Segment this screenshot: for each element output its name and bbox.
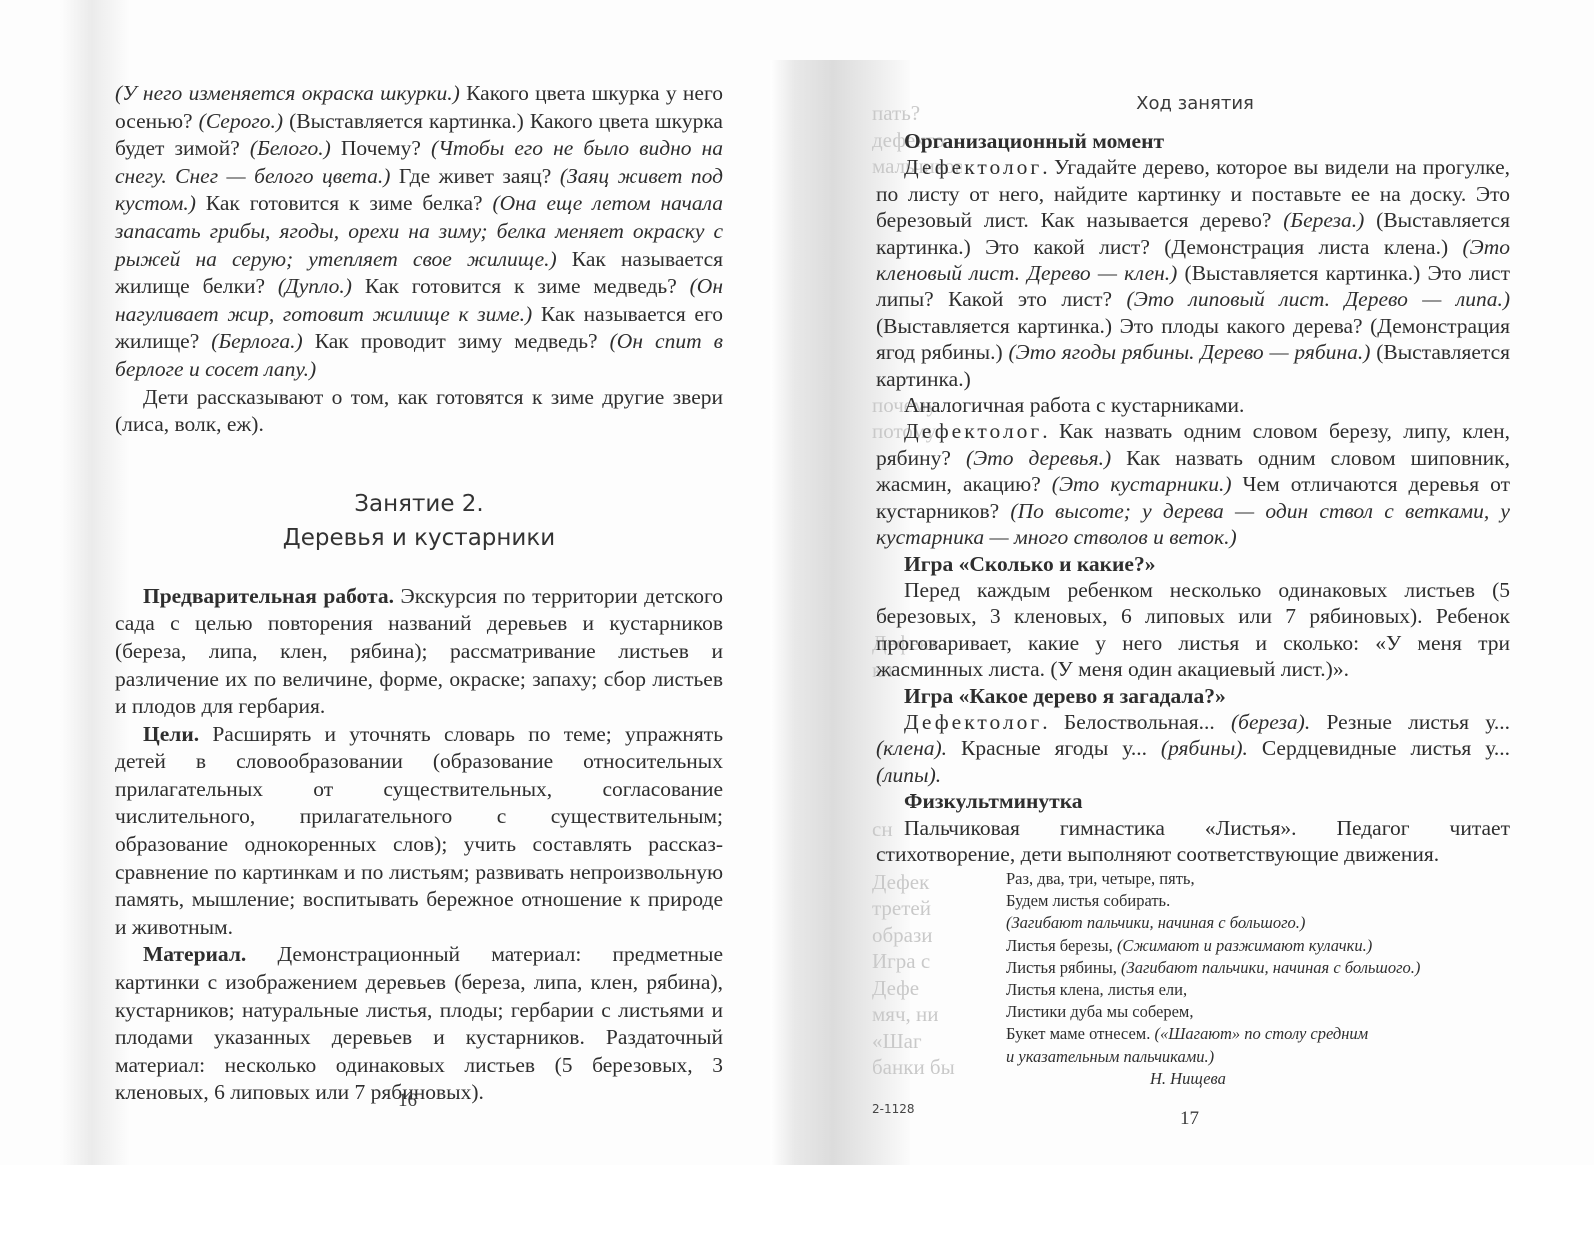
section-label: Цели. bbox=[143, 722, 199, 746]
body-text: Как проводит зиму медведь? bbox=[303, 329, 610, 353]
body-text: Раз, два, три, четыре, пять, bbox=[1006, 869, 1195, 888]
speaker-label: Дефектолог bbox=[904, 710, 1042, 734]
poem-line: и указательным пальчиками.) bbox=[1006, 1046, 1420, 1068]
body-text: Дети рассказывают о том, как готовятся к… bbox=[115, 385, 723, 437]
answer-italic-text: (Загибают пальчики, начиная с большого.) bbox=[1006, 913, 1305, 932]
poem-line: Раз, два, три, четыре, пять, bbox=[1006, 868, 1420, 890]
answer-italic-text: (Дупло.) bbox=[278, 274, 352, 298]
answer-italic-text: (липы). bbox=[876, 763, 941, 787]
page-number-right: 17 bbox=[1180, 1108, 1199, 1130]
body-text: Красные ягоды у... bbox=[947, 736, 1161, 760]
section-label: Материал. bbox=[143, 942, 246, 966]
body-text: Листья березы, bbox=[1006, 936, 1117, 955]
page-number-left: 16 bbox=[398, 1090, 417, 1112]
lesson-heading: Занятие 2. Деревья и кустарники bbox=[115, 487, 723, 555]
answer-italic-text: («Шагают» по столу средним bbox=[1154, 1024, 1368, 1043]
body-text: Будем листья собирать. bbox=[1006, 891, 1170, 910]
answer-italic-text: (рябины). bbox=[1161, 736, 1248, 760]
poem-author: Н. Нищева bbox=[1150, 1068, 1226, 1090]
answer-italic-text: (Это ягоды рябины. Дерево — рябина.) bbox=[1008, 340, 1370, 364]
poem-line: Листья рябины, (Загибают пальчики, начин… bbox=[1006, 957, 1420, 979]
answer-italic-text: (Загибают пальчики, начиная с большого.) bbox=[1121, 958, 1420, 977]
poem-line: (Загибают пальчики, начиная с большого.) bbox=[1006, 912, 1420, 934]
book-spread-scan: пать?дефектомальчиковпочемупотомуДефектк… bbox=[0, 0, 1594, 1165]
poem-line: Будем листья собирать. bbox=[1006, 890, 1420, 912]
answer-italic-text: (Берлога.) bbox=[211, 329, 302, 353]
section-text: Расширять и уточнять словарь по теме; уп… bbox=[115, 722, 723, 939]
lesson-title: Деревья и кустарники bbox=[115, 521, 723, 555]
body-text: Резные листья у... bbox=[1310, 710, 1510, 734]
body-text: Как готовится к зиме белка? bbox=[196, 191, 493, 215]
section-text: Демонстрационный материал: предметные ка… bbox=[115, 942, 723, 1104]
answer-italic-text: (клена). bbox=[876, 736, 947, 760]
answer-italic-text: (Береза.) bbox=[1283, 208, 1364, 232]
answer-italic-text: (Это липовый лист. Дерево — липа.) bbox=[1127, 287, 1510, 311]
body-paragraph: Аналогичная работа с кустарниками. bbox=[876, 392, 1510, 418]
answer-italic-text: (береза). bbox=[1231, 710, 1310, 734]
right-page: Организационный моментДефектолог. Угадай… bbox=[876, 128, 1510, 867]
section-goals: Цели. Расширять и уточнять словарь по те… bbox=[115, 721, 723, 942]
subsection-heading-text: Организационный момент bbox=[904, 129, 1164, 153]
lesson-number: Занятие 2. bbox=[115, 487, 723, 521]
poem-line: Листья березы, (Сжимают и разжимают кула… bbox=[1006, 935, 1420, 957]
answer-italic-text: (Это кустарники.) bbox=[1052, 472, 1232, 496]
body-text: Аналогичная работа с кустарниками. bbox=[904, 393, 1244, 417]
body-paragraph: Пальчиковая гимнастика «Листья». Педагог… bbox=[876, 815, 1510, 868]
section-material: Материал. Демонстрационный материал: пре… bbox=[115, 941, 723, 1107]
answer-italic-text: (У него изменяется окраска шкурки.) bbox=[115, 81, 460, 105]
children-tell-paragraph: Дети рассказывают о том, как готовятся к… bbox=[115, 384, 723, 439]
body-text: Сердцевидные листья у... bbox=[1248, 736, 1510, 760]
body-text: . Белоствольная... bbox=[1042, 710, 1231, 734]
story-continuation-paragraph: (У него изменяется окраска шкурки.) Како… bbox=[115, 80, 723, 384]
answer-italic-text: (Сжимают и разжимают кулачки.) bbox=[1117, 936, 1372, 955]
speaker-label: Дефектолог bbox=[904, 155, 1042, 179]
answer-italic-text: (Это деревья.) bbox=[966, 446, 1111, 470]
subsection-heading-text: Игра «Какое дерево я загадала?» bbox=[904, 684, 1226, 708]
poem-line: Листики дуба мы соберем, bbox=[1006, 1001, 1420, 1023]
speaker-label: Дефектолог bbox=[904, 419, 1042, 443]
answer-italic-text: (Серого.) bbox=[199, 109, 283, 133]
body-text: Листья клена, листья ели, bbox=[1006, 980, 1187, 999]
body-text: Как готовится к зиме медведь? bbox=[352, 274, 690, 298]
subsection-heading: Игра «Какое дерево я загадала?» bbox=[876, 683, 1510, 709]
body-text: Букет маме отнесем. bbox=[1006, 1024, 1154, 1043]
body-text: Листья рябины, bbox=[1006, 958, 1121, 977]
printer-signature: 2-1128 bbox=[872, 1102, 915, 1116]
running-head: Ход занятия bbox=[1090, 93, 1300, 114]
subsection-heading-text: Физкультминутка bbox=[904, 789, 1083, 813]
subsection-heading-text: Игра «Сколько и какие?» bbox=[904, 552, 1155, 576]
body-text: Где живет заяц? bbox=[390, 164, 559, 188]
body-text: Почему? bbox=[331, 136, 431, 160]
body-text: Листики дуба мы соберем, bbox=[1006, 1002, 1194, 1021]
poem-line: Букет маме отнесем. («Шагают» по столу с… bbox=[1006, 1023, 1420, 1045]
section-preliminary-work: Предварительная работа. Экскурсия по тер… bbox=[115, 583, 723, 721]
section-label: Предварительная работа. bbox=[143, 584, 394, 608]
poem-block: Раз, два, три, четыре, пять,Будем листья… bbox=[1006, 868, 1420, 1068]
body-text: Перед каждым ребенком несколько одинаков… bbox=[876, 578, 1510, 681]
subsection-heading: Организационный момент bbox=[876, 128, 1510, 154]
body-paragraph: Дефектолог. Белоствольная... (береза). Р… bbox=[876, 709, 1510, 788]
answer-italic-text: (Белого.) bbox=[250, 136, 331, 160]
body-paragraph: Дефектолог. Как назвать одним словом бер… bbox=[876, 418, 1510, 550]
answer-italic-text: и указательным пальчиками.) bbox=[1006, 1047, 1214, 1066]
left-page: (У него изменяется окраска шкурки.) Како… bbox=[115, 80, 723, 1107]
body-paragraph: Перед каждым ребенком несколько одинаков… bbox=[876, 577, 1510, 683]
poem-line: Листья клена, листья ели, bbox=[1006, 979, 1420, 1001]
body-text: Пальчиковая гимнастика «Листья». Педагог… bbox=[876, 816, 1510, 866]
subsection-heading: Физкультминутка bbox=[876, 788, 1510, 814]
subsection-heading: Игра «Сколько и какие?» bbox=[876, 551, 1510, 577]
body-paragraph: Дефектолог. Угадайте дерево, которое вы … bbox=[876, 154, 1510, 392]
